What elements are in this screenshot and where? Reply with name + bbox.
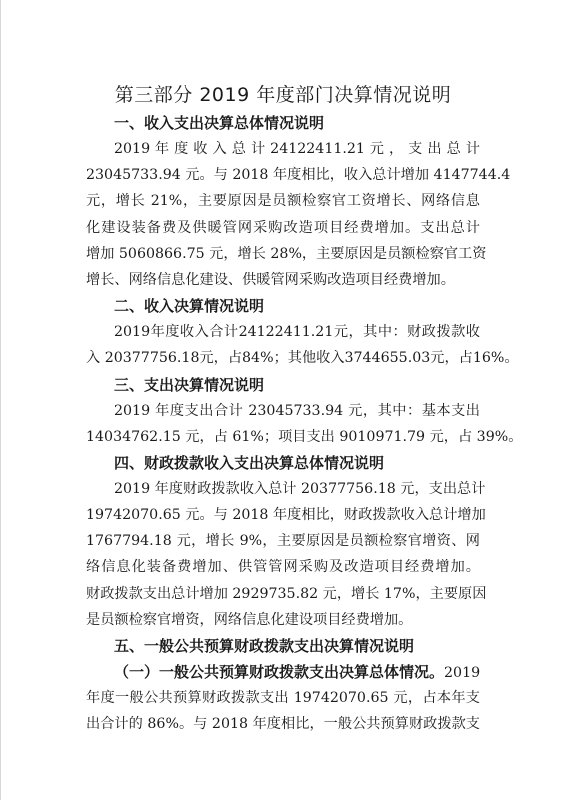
subsection-heading: （一）一般公共预算财政拨款支出决算总体情况。 <box>114 663 444 681</box>
section-4-paragraph: 2019 年度财政拨款收入总计 20377756.18 元，支出总计 19742… <box>86 476 480 633</box>
text-line: 络信息化装备费增加、供管管网采购及改造项目经费增加。 <box>86 554 480 580</box>
text-line: 财政拨款支出总计增加 2929735.82 元，增长 17%，主要原因 <box>86 581 480 607</box>
text-line: 增加 5060866.75 元，增长 28%，主要原因是员额检察官工资 <box>86 241 480 267</box>
text-line: 出合计的 86%。与 2018 年度相比，一般公共预算财政拨款支 <box>86 711 480 737</box>
section-3-paragraph: 2019 年度支出合计 23045733.94 元，其中：基本支出 140347… <box>86 398 480 450</box>
document-title: 第三部分 2019 年度部门决算情况说明 <box>86 80 480 110</box>
text-line: 2019 年度支出合计 23045733.94 元，其中：基本支出 <box>86 398 480 424</box>
section-heading-1: 一、收入支出决算总体情况说明 <box>86 110 480 136</box>
section-5-paragraph: （一）一般公共预算财政拨款支出决算总体情况。2019 年度一般公共预算财政拨款支… <box>86 659 480 738</box>
subsection-line: （一）一般公共预算财政拨款支出决算总体情况。2019 <box>86 659 480 685</box>
text-line: 元，增长 21%，主要原因是员额检察官工资增长、网络信息 <box>86 188 480 214</box>
text-line: 14034762.15 元，占 61%；项目支出 9010971.79 元，占 … <box>86 424 480 450</box>
subsection-first-line-tail: 2019 <box>444 665 480 681</box>
text-line: 2019 年度财政拨款收入总计 20377756.18 元，支出总计 <box>86 476 480 502</box>
section-heading-2: 二、收入决算情况说明 <box>86 293 480 319</box>
document-page: 第三部分 2019 年度部门决算情况说明 一、收入支出决算总体情况说明 2019… <box>86 80 480 738</box>
section-1-paragraph: 2019 年 度 收 入 总 计 24122411.21 元 ， 支 出 总 计… <box>86 136 480 293</box>
text-line: 增长、网络信息化建设、供暖管网采购改造项目经费增加。 <box>86 267 480 293</box>
text-line: 1767794.18 元，增长 9%，主要原因是员额检察官增资、网 <box>86 528 480 554</box>
text-line: 化建设装备费及供暖管网采购改造项目经费增加。支出总计 <box>86 215 480 241</box>
text-line: 19742070.65 元。与 2018 年度相比，财政拨款收入总计增加 <box>86 502 480 528</box>
text-line: 入 20377756.18元，占84%；其他收入3744655.03元，占16%… <box>86 345 480 371</box>
text-line: 2019年度收入合计24122411.21元，其中：财政拨款收 <box>86 319 480 345</box>
section-2-paragraph: 2019年度收入合计24122411.21元，其中：财政拨款收 入 203777… <box>86 319 480 371</box>
text-line: 是员额检察官增资，网络信息化建设项目经费增加。 <box>86 607 480 633</box>
page-edge <box>0 0 1 800</box>
text-line: 2019 年 度 收 入 总 计 24122411.21 元 ， 支 出 总 计 <box>86 136 480 162</box>
section-heading-5: 五、一般公共预算财政拨款支出决算情况说明 <box>86 633 480 659</box>
text-line: 23045733.94 元。与 2018 年度相比，收入总计增加 4147744… <box>86 162 480 188</box>
section-heading-4: 四、财政拨款收入支出决算总体情况说明 <box>86 450 480 476</box>
text-line: 年度一般公共预算财政拨款支出 19742070.65 元，占本年支 <box>86 685 480 711</box>
section-heading-3: 三、支出决算情况说明 <box>86 372 480 398</box>
